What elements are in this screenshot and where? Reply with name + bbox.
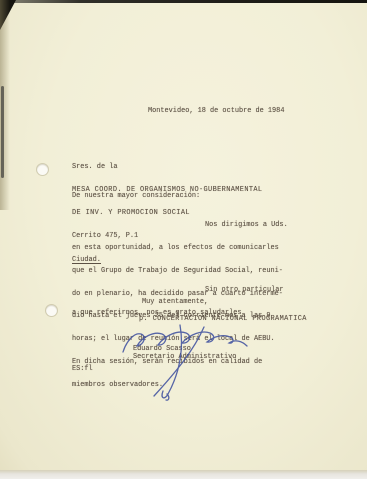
body-line: en esta oportunidad, a los efectos de co… [72, 245, 288, 253]
salutation-line: De nuestra mayor consideración: [72, 193, 200, 201]
handwritten-signature [118, 320, 253, 402]
punch-hole-top [37, 164, 48, 175]
scanned-letter-page: Montevideo, 18 de octubre de 1984 Sres. … [0, 0, 367, 479]
body-line: Sin otro particular [72, 287, 284, 295]
scan-top-edge [0, 0, 367, 3]
closing-line: Muy atentamente, [142, 299, 208, 307]
punch-hole-bottom [46, 305, 57, 316]
paper-left-crease [1, 86, 4, 178]
typist-reference: ES:fl [72, 366, 93, 374]
body-line: Nos dirigimos a Uds. [72, 222, 288, 230]
scan-bottom-edge [0, 470, 367, 479]
recipient-salutation-line: Sres. de la [72, 164, 262, 172]
date-line: Montevideo, 18 de octubre de 1984 [148, 108, 284, 116]
